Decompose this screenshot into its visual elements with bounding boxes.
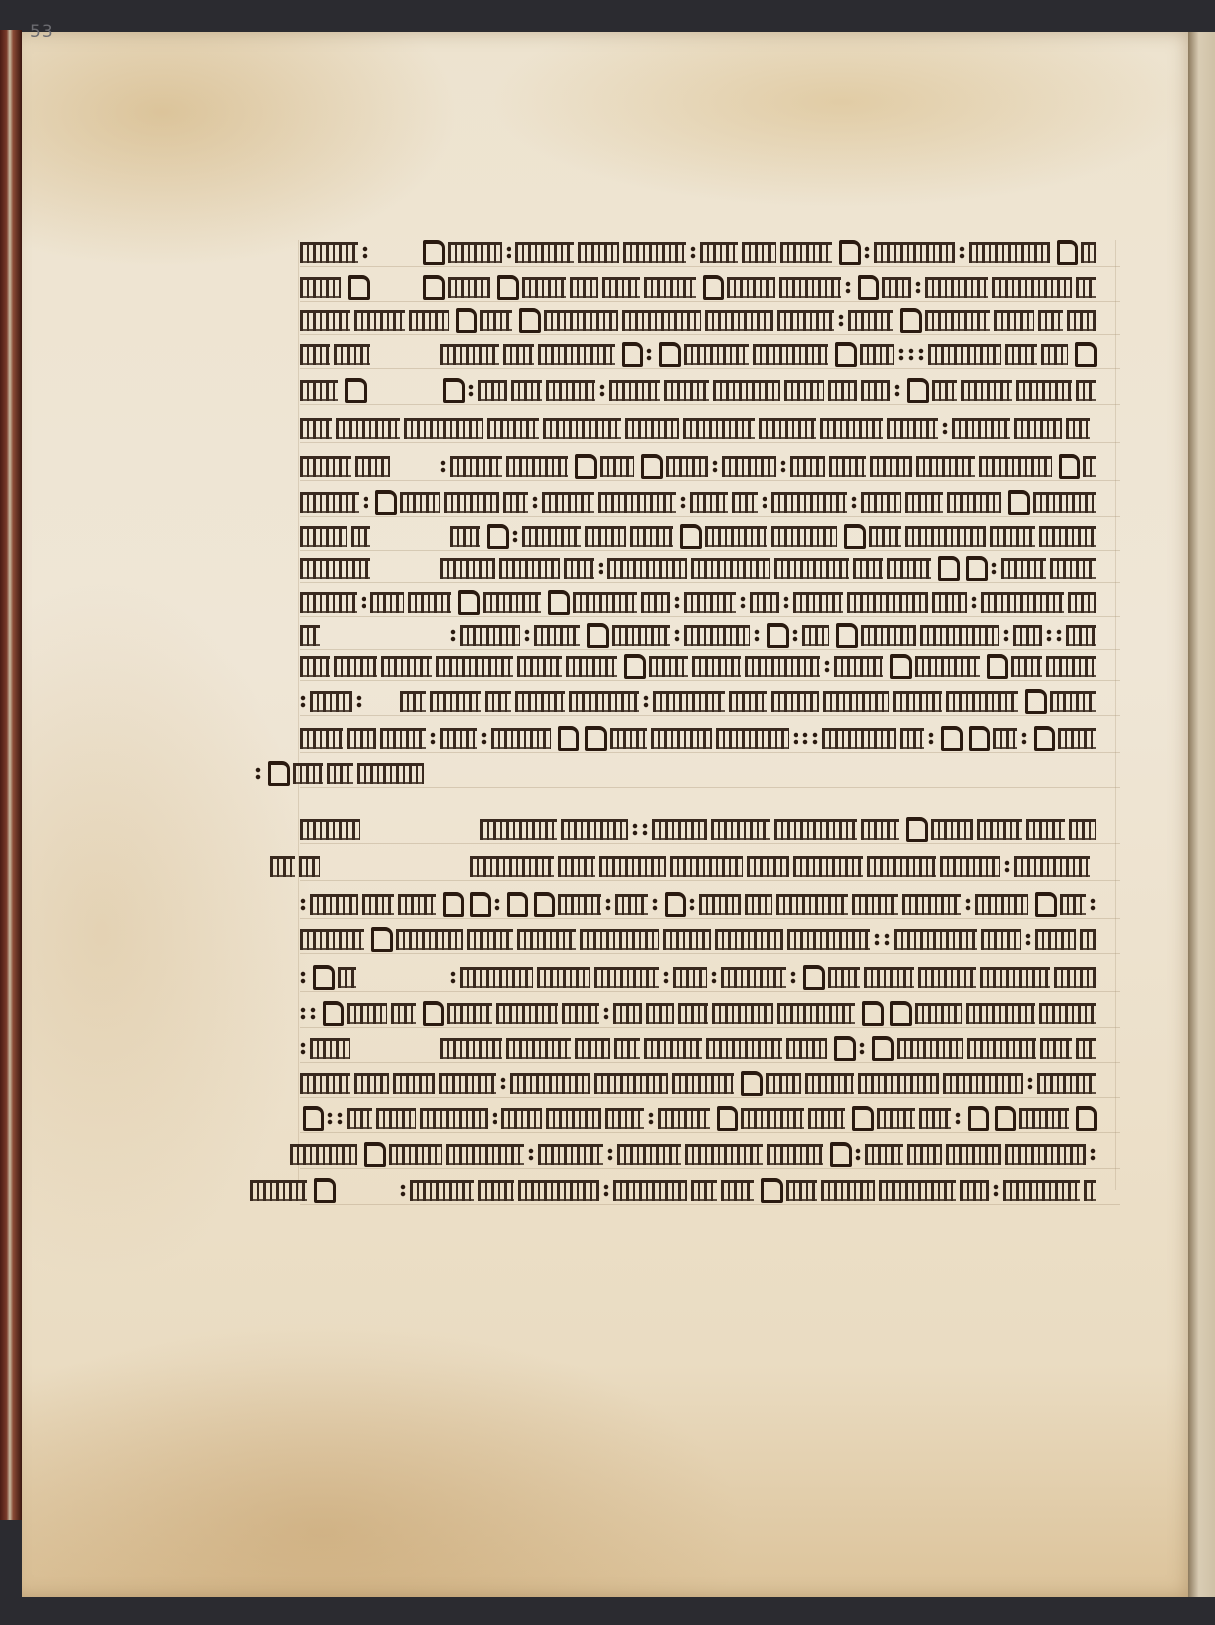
script-line — [300, 589, 1100, 615]
script-line — [440, 377, 1100, 403]
script-line — [300, 816, 370, 842]
script-line — [470, 853, 1100, 879]
script-line — [440, 341, 1100, 367]
script-line — [450, 523, 1100, 549]
script-line — [300, 1000, 1100, 1026]
script-line — [300, 1070, 1100, 1096]
script-line — [450, 622, 1100, 648]
script-line — [300, 891, 1100, 917]
ruling-line — [300, 1132, 1120, 1133]
script-line — [300, 725, 1100, 751]
ruling-line — [300, 1062, 1120, 1063]
ruling-line — [300, 616, 1120, 617]
ruling-line — [300, 334, 1120, 335]
ruling-line — [300, 991, 1120, 992]
ruling-left — [298, 240, 299, 1190]
script-line — [300, 523, 380, 549]
folio-number: 53 — [30, 22, 54, 42]
ruling-line — [300, 368, 1120, 369]
script-line — [290, 1141, 1100, 1167]
ruling-line — [300, 1027, 1120, 1028]
ruling-line — [300, 843, 1120, 844]
script-line — [300, 688, 380, 714]
ruling-line — [300, 787, 1120, 788]
script-line — [440, 453, 1100, 479]
ruling-line — [300, 266, 1120, 267]
script-line — [440, 555, 1100, 581]
script-line — [440, 1035, 1100, 1061]
ruling-line — [300, 442, 1120, 443]
ruling-line — [300, 649, 1120, 650]
script-line — [300, 415, 1100, 441]
ruling-line — [300, 880, 1120, 881]
script-line — [300, 453, 400, 479]
script-line — [255, 760, 430, 786]
ruling-line — [300, 516, 1120, 517]
ruling-line — [300, 480, 1120, 481]
script-line — [300, 239, 380, 265]
script-line — [300, 274, 380, 300]
ruling-line — [300, 404, 1120, 405]
script-line — [420, 274, 1100, 300]
ruling-line — [300, 550, 1120, 551]
script-line — [300, 1105, 1100, 1131]
script-line — [300, 307, 1100, 333]
ruling-line — [300, 680, 1120, 681]
ruling-line — [300, 582, 1120, 583]
facing-page-edge — [1188, 32, 1215, 1597]
ruling-line — [300, 1168, 1120, 1169]
script-line — [400, 1177, 1100, 1203]
script-line — [420, 239, 1100, 265]
script-line — [270, 853, 330, 879]
script-line — [300, 1035, 360, 1061]
script-line — [250, 1177, 340, 1203]
script-line — [300, 377, 380, 403]
script-line — [300, 489, 1100, 515]
book-binding — [0, 30, 22, 1520]
script-line — [300, 622, 330, 648]
script-line — [450, 964, 1100, 990]
ruling-line — [300, 1204, 1120, 1205]
script-line — [300, 341, 380, 367]
ruling-line — [300, 715, 1120, 716]
ruling-line — [300, 1097, 1120, 1098]
script-line — [300, 964, 360, 990]
ruling-line — [300, 752, 1120, 753]
ruling-line — [300, 918, 1120, 919]
script-line — [300, 926, 1100, 952]
script-line — [300, 653, 1100, 679]
script-line — [400, 688, 1100, 714]
script-line — [300, 555, 380, 581]
ruling-line — [300, 301, 1120, 302]
ruling-line — [300, 953, 1120, 954]
script-line — [480, 816, 1100, 842]
